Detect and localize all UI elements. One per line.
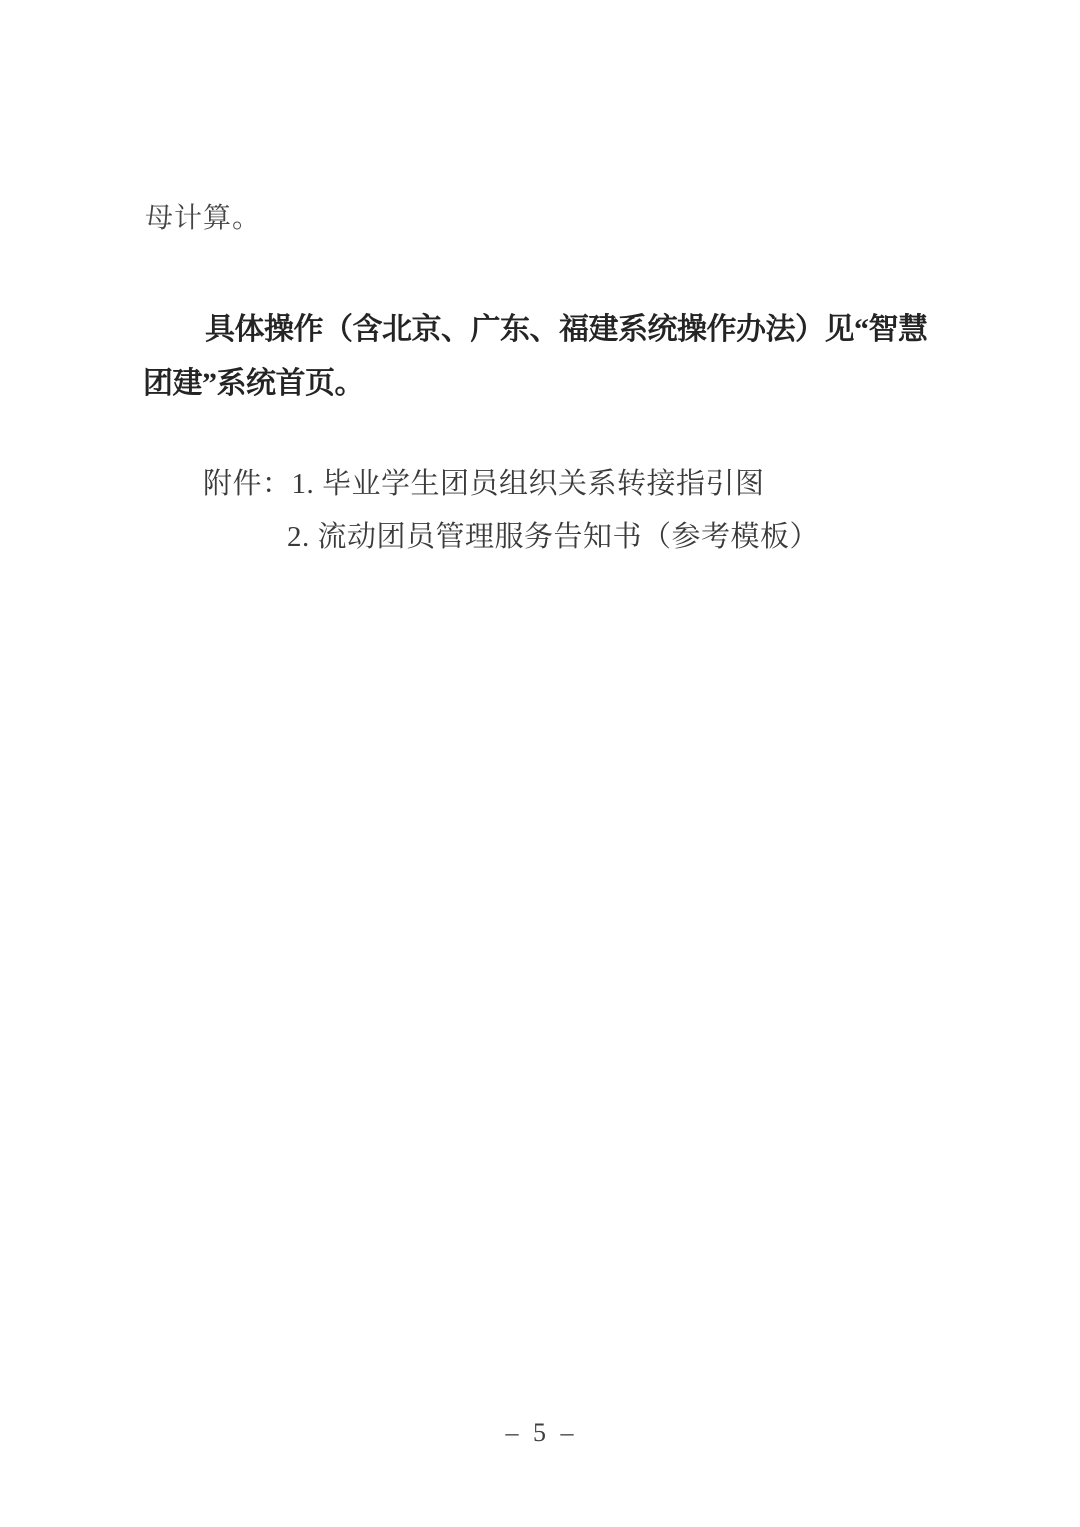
bold-paragraph: 具体操作（含北京、广东、福建系统操作办法）见“智慧 团建”系统首页。 (143, 303, 953, 411)
document-page: 母计算。 具体操作（含北京、广东、福建系统操作办法）见“智慧 团建”系统首页。 … (0, 0, 1080, 1527)
attachment-item-1-line: 附件：1. 毕业学生团员组织关系转接指引图 (203, 458, 819, 511)
page-number: – 5 – (0, 1418, 1080, 1448)
bold-paragraph-line-2: 团建”系统首页。 (143, 357, 953, 411)
attachments-label: 附件： (203, 468, 292, 500)
paragraph-tail-line: 母计算。 (145, 202, 261, 236)
bold-paragraph-line-1: 具体操作（含北京、广东、福建系统操作办法）见“智慧 (143, 303, 953, 357)
attachments-list: 附件：1. 毕业学生团员组织关系转接指引图 2. 流动团员管理服务告知书（参考模… (203, 458, 819, 564)
attachment-item-2: 2. 流动团员管理服务告知书（参考模板） (287, 511, 819, 564)
attachment-item-1: 1. 毕业学生团员组织关系转接指引图 (292, 468, 765, 500)
